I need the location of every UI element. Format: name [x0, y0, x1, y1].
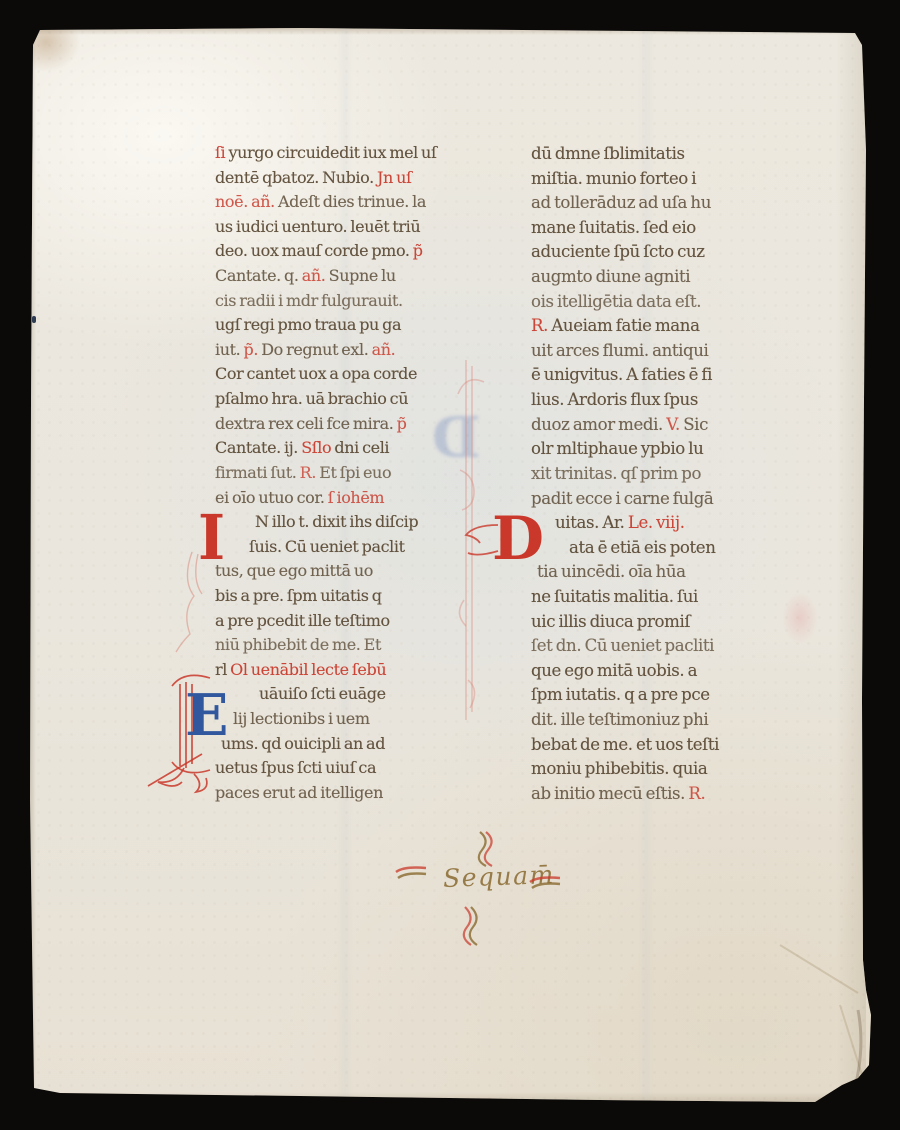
body-text: Et ſpi euo — [319, 463, 391, 482]
rubric-text: R. — [300, 463, 320, 482]
body-text: aduciente ſpū ſcto cuz — [531, 242, 705, 261]
rubric-text: p̃ — [413, 241, 423, 260]
body-text: augmto diune agniti — [531, 267, 690, 286]
body-text: bebat de me. et uos teſti — [531, 735, 719, 754]
body-text: dū dmne ſblimitatis — [531, 144, 685, 163]
text-line: que ego mitā uobis. a — [531, 659, 797, 684]
body-text: niū phibebit de me. Et — [215, 635, 381, 654]
rubric-text: ſ iohēm — [328, 488, 384, 507]
corner-crease-lines — [770, 915, 880, 1105]
body-text: iut. — [215, 340, 244, 359]
body-text: padit ecce i carne fulgā — [531, 489, 713, 508]
body-text: ſuis. Cū ueniet paclit — [249, 537, 405, 556]
text-line: cis radii i mdr fulgurauit. — [215, 289, 459, 314]
body-text: Do regnut exl. — [261, 340, 371, 359]
text-line: dū dmne ſblimitatis — [531, 142, 797, 167]
text-line: uic illis diuca promiſ — [531, 610, 797, 635]
body-text: olr mltiphaue ypbio lu — [531, 439, 703, 458]
text-line: padit ecce i carne fulgā — [531, 487, 797, 512]
leaf-left-edge-shading — [30, 30, 36, 1100]
body-text: duoz amor medi. — [531, 415, 666, 434]
text-line: mane ſuitatis. ſed eio — [531, 216, 797, 241]
text-line: lius. Ardoris flux ſpus — [531, 388, 797, 413]
text-line: olr mltiphaue ypbio lu — [531, 437, 797, 462]
body-text: Adeſt dies trinue. la — [278, 192, 426, 211]
leaf-top-edge-shading — [0, 28, 900, 35]
body-text: ois itelligētia data eſt. — [531, 292, 701, 311]
body-text: deo. uox mauſ corde pmo. — [215, 241, 413, 260]
text-line: ab initio mecū eſtis. R. — [531, 782, 797, 807]
text-line: ad tollerāduz ad uſa hu — [531, 191, 797, 216]
body-text: ſpm iutatis. q a pre pce — [531, 685, 710, 704]
body-text: bis a pre. ſpm uitatis q — [215, 586, 382, 605]
text-line: Cantate. ij. Sſlo dni celi — [215, 436, 459, 461]
catchword-flourish-left — [394, 864, 428, 882]
text-line: ē unigvitus. A faties ē fi — [531, 363, 797, 388]
text-line: bebat de me. et uos teſti — [531, 733, 797, 758]
text-line: uit arces flumi. antiqui — [531, 339, 797, 364]
rubric-text: p̃. — [244, 340, 262, 359]
text-line: deo. uox mauſ corde pmo. p̃ — [215, 239, 459, 264]
text-line: Cantate. q. añ. Supne lu — [215, 264, 459, 289]
body-text: Cantate. q. — [215, 266, 302, 285]
text-line: firmati ſut. R. Et ſpi euo — [215, 461, 459, 486]
text-line: tia uincēdi. oīa hūa — [537, 560, 797, 585]
text-line: ei oīo utuo cor. ſ iohēm — [215, 486, 459, 511]
text-line: noē. añ. Adeſt dies trinue. la — [215, 190, 459, 215]
body-text: dentē qbatoz. Nubio. — [215, 168, 377, 187]
body-text: dextra rex celi fce mira. — [215, 414, 397, 433]
body-text: pſalmo hra. uā brachio cū — [215, 389, 408, 408]
text-line: a pre pcedit ille teſtimo — [215, 609, 459, 634]
text-line: ſuis. Cū ueniet paclit — [249, 535, 459, 560]
edge-speck — [32, 316, 36, 323]
body-text: uāuiſo ſcti euāge — [259, 684, 386, 703]
text-line: augmto diune agniti — [531, 265, 797, 290]
body-text: ab initio mecū eſtis. — [531, 784, 688, 803]
photo-background: D ſi yurgo circuidedit iux mel uſdentē q… — [0, 0, 900, 1130]
manuscript-leaf: D ſi yurgo circuidedit iux mel uſdentē q… — [0, 0, 900, 1130]
text-line: tus, que ego mittā uo — [215, 559, 459, 584]
text-column-right: dū dmne ſblimitatismiſtia. munio forteo … — [531, 142, 797, 806]
body-text: moniu phibebitis. quia — [531, 759, 707, 778]
body-text: Aueiam fatie mana — [551, 316, 699, 335]
rubric-text: Jn uſ — [377, 168, 412, 187]
body-text: dni celi — [334, 438, 389, 457]
body-text: uic illis diuca promiſ — [531, 612, 690, 631]
rubric-text: V. — [666, 415, 683, 434]
leaf-bottom-edge-shading — [33, 1092, 870, 1102]
text-line: R. Aueiam fatie mana — [531, 314, 797, 339]
text-line: aduciente ſpū ſcto cuz — [531, 240, 797, 265]
text-line: bis a pre. ſpm uitatis q — [215, 584, 459, 609]
text-line: niū phibebit de me. Et — [215, 633, 459, 658]
rubric-text: Le. viij. — [628, 513, 685, 532]
text-line: ois itelligētia data eſt. — [531, 290, 797, 315]
rubric-text: ſi — [215, 143, 228, 162]
text-line: ſi yurgo circuidedit iux mel uſ — [215, 141, 459, 166]
text-line: lij lectionibs i uem — [233, 707, 459, 732]
body-text: Cor cantet uox a opa corde — [215, 364, 417, 383]
text-line: dit. ille teſtimoniuz phi — [531, 708, 797, 733]
text-line: moniu phibebitis. quia — [531, 757, 797, 782]
rubric-text: añ. — [302, 266, 329, 285]
text-line: uitas. Ar. Le. viij. — [555, 511, 797, 536]
body-text: Cantate. ij. — [215, 438, 301, 457]
body-text: lius. Ardoris flux ſpus — [531, 390, 698, 409]
initial-d-tail-flourish — [462, 515, 502, 565]
rubric-text: Sſlo — [301, 438, 334, 457]
body-text: firmati ſut. — [215, 463, 300, 482]
body-text: mane ſuitatis. ſed eio — [531, 218, 696, 237]
initial-e-blue: E — [185, 687, 228, 744]
body-text: ne ſuitatis malitia. ſui — [531, 587, 698, 606]
body-text: uitas. Ar. — [555, 513, 628, 532]
body-text: dit. ille teſtimoniuz phi — [531, 710, 708, 729]
text-line: miſtia. munio forteo i — [531, 167, 797, 192]
rubric-text: noē. añ. — [215, 192, 278, 211]
text-line: Cor cantet uox a opa corde — [215, 362, 459, 387]
text-line: xit trinitas. qſ prim po — [531, 462, 797, 487]
body-text: Sic — [683, 415, 708, 434]
body-text: miſtia. munio forteo i — [531, 169, 696, 188]
catchword-flourish-right — [528, 874, 562, 892]
text-line: iut. p̃. Do regnut exl. añ. — [215, 338, 459, 363]
body-text: ata ē etiā eis poten — [569, 538, 716, 557]
text-line: ata ē etiā eis poten — [569, 536, 797, 561]
rubric-text: R. — [688, 784, 705, 803]
body-text: uit arces flumi. antiqui — [531, 341, 708, 360]
body-text: xit trinitas. qſ prim po — [531, 464, 701, 483]
text-line: ne ſuitatis malitia. ſui — [531, 585, 797, 610]
body-text: ē unigvitus. A faties ē fi — [531, 365, 712, 384]
text-line: duoz amor medi. V. Sic — [531, 413, 797, 438]
catchword-flourish-bottom — [455, 903, 481, 947]
rubric-text: añ. — [372, 340, 396, 359]
body-text: ad tollerāduz ad uſa hu — [531, 193, 711, 212]
body-text: N illo t. dixit ihs diſcip — [255, 512, 418, 531]
body-text: Supne lu — [329, 266, 396, 285]
body-text: tia uincēdi. oīa hūa — [537, 562, 686, 581]
rubric-text: p̃ — [397, 414, 407, 433]
body-text: que ego mitā uobis. a — [531, 661, 697, 680]
body-text: us iudici uenturo. leuēt triū — [215, 217, 420, 236]
text-line: us iudici uenturo. leuēt triū — [215, 215, 459, 240]
text-line: uāuiſo ſcti euāge — [259, 682, 459, 707]
text-line: ugſ regi pmo traua pu ga — [215, 313, 459, 338]
body-text: ſet dn. Cū ueniet pacliti — [531, 636, 714, 655]
text-line: ſet dn. Cū ueniet pacliti — [531, 634, 797, 659]
text-line: ſpm iutatis. q a pre pce — [531, 683, 797, 708]
text-line: N illo t. dixit ihs diſcip — [255, 510, 459, 535]
body-text: ei oīo utuo cor. — [215, 488, 328, 507]
body-text: ugſ regi pmo traua pu ga — [215, 315, 401, 334]
body-text: a pre pcedit ille teſtimo — [215, 611, 390, 630]
body-text: tus, que ego mittā uo — [215, 561, 373, 580]
body-text: cis radii i mdr fulgurauit. — [215, 291, 403, 310]
rubric-text: R. — [531, 316, 551, 335]
initial-i-penwork-flourish — [168, 548, 228, 658]
body-text: yurgo circuidedit iux mel uſ — [228, 143, 436, 162]
text-line: dentē qbatoz. Nubio. Jn uſ — [215, 166, 459, 191]
text-line: pſalmo hra. uā brachio cū — [215, 387, 459, 412]
text-line: dextra rex celi fce mira. p̃ — [215, 412, 459, 437]
